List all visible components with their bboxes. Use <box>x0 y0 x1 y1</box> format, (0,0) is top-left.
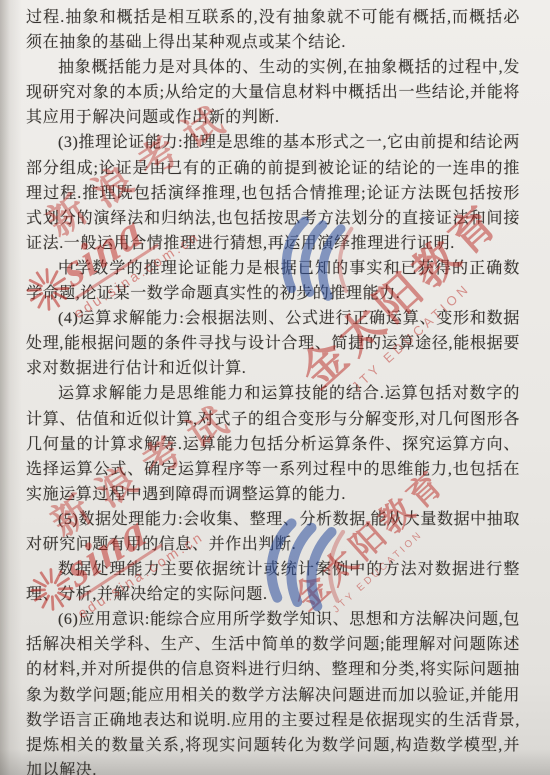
paragraph: (4)运算求解能力:会根据法则、公式进行正确运算、变形和数据处理,能根据问题的条… <box>26 306 520 381</box>
scanned-document-page: 过程.抽象和概括是相互联系的,没有抽象就不可能有概括,而概括必须在抽象的基础上得… <box>0 0 550 775</box>
paragraph: (5)数据处理能力:会收集、整理、分析数据,能从大量数据中抽取对研究问题有用的信… <box>26 507 520 557</box>
body-text: 过程.抽象和概括是相互联系的,没有抽象就不可能有概括,而概括必须在抽象的基础上得… <box>26 5 520 775</box>
paragraph: 中学数学的推理论证能力是根据已知的事实和已获得的正确数学命题,论证某一数学命题真… <box>26 256 520 306</box>
paragraph: (6)应用意识:能综合应用所学数学知识、思想和方法解决问题,包括解决相关学科、生… <box>26 607 520 775</box>
paragraph: 数据处理能力主要依据统计或统计案例中的方法对数据进行整理、分析,并解决给定的实际… <box>26 557 520 607</box>
paragraph: 运算求解能力是思维能力和运算技能的结合.运算包括对数字的计算、估值和近似计算,对… <box>26 381 520 506</box>
paragraph: 过程.抽象和概括是相互联系的,没有抽象就不可能有概括,而概括必须在抽象的基础上得… <box>26 5 520 55</box>
paragraph: (3)推理论证能力:推理是思维的基本形式之一,它由前提和结论两部分组成;论证是由… <box>26 130 520 255</box>
paragraph: 抽象概括能力是对具体的、生动的实例,在抽象概括的过程中,发现研究对象的本质;从给… <box>26 55 520 130</box>
